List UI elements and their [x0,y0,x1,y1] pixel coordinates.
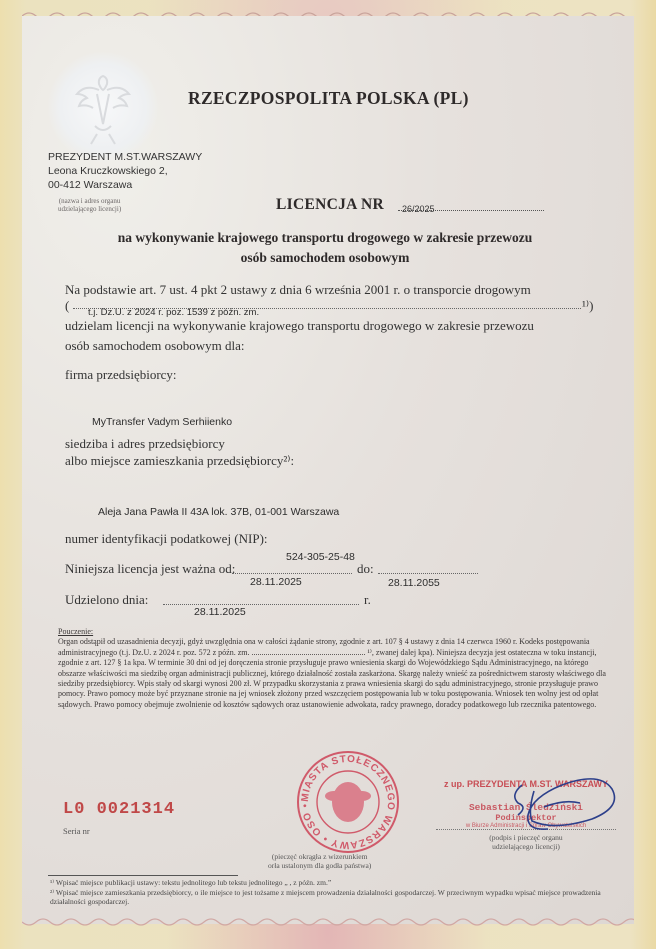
issued-label: Udzielono dnia: [65,592,148,608]
basis-open: ( [65,298,69,314]
grant-line-2: osób samochodem osobowym dla: [65,338,244,354]
valid-to-line [378,573,478,574]
company-label: firma przedsiębiorcy: [65,367,177,383]
footnote-2: ²⁾ Wpisać miejsce zamieszkania przedsięb… [50,888,610,907]
address-value: Aleja Jana Pawła II 43A lok. 37B, 01-001… [98,506,339,518]
authority-name: PREZYDENT M.ST.WARSZAWY [48,150,202,164]
legal-basis: Na podstawie art. 7 ust. 4 pkt 2 ustawy … [65,282,531,298]
valid-label: Niniejsza licencja jest ważna od: [65,561,235,577]
valid-to-label: do: [357,561,374,577]
authority-city: 00-412 Warszawa [48,178,202,192]
serial-caption: Seria nr [63,826,90,836]
country-title: RZECZPOSPOLITA POLSKA (PL) [188,88,469,109]
valid-to-value: 28.11.2055 [388,577,440,589]
address-label-2: albo miejsce zamieszkania przedsiębiorcy… [65,453,294,469]
publication-value: t.j. Dz.U. z 2024 r. poz. 1539 z późn. z… [88,307,259,318]
issued-line [163,604,359,605]
instruction-heading: Pouczenie: [58,627,93,636]
nip-value: 524-305-25-48 [286,551,355,563]
bottom-guilloche-border [22,918,634,928]
form-serial-number: L0 0021314 [63,800,175,819]
licence-number: 26/2025 [402,204,435,214]
white-eagle-emblem-icon [48,52,158,162]
footnote-divider [48,875,238,876]
grant-line-1: udzielam licencji na wykonywanie krajowe… [65,318,534,334]
instruction: Pouczenie: Organ odstąpił od uzasadnieni… [58,627,608,710]
handwritten-signature-icon [494,771,624,846]
address-label-1: siedziba i adres przedsiębiorcy [65,436,225,452]
licence-document: RZECZPOSPOLITA POLSKA (PL) PREZYDENT M.S… [0,0,656,949]
issued-date: 28.11.2025 [194,606,246,618]
basis-close: ¹⁾) [582,298,593,314]
valid-from-value: 28.11.2025 [250,576,302,588]
stamp-caption: (pieczęć okrągła z wizerunkiem orła usta… [268,852,371,870]
authority-caption: (nazwa i adres organu udzielającego lice… [58,197,121,213]
licence-label: LICENCJA NR [276,196,384,214]
company-value: MyTransfer Vadym Serhiienko [92,416,232,428]
issuing-authority: PREZYDENT M.ST.WARSZAWY Leona Kruczkowsk… [48,150,202,192]
valid-from-line [232,573,352,574]
authority-street: Leona Kruczkowskiego 2, [48,164,202,178]
footnote-1: ¹⁾ Wpisać miejsce publikacji ustawy: tek… [50,878,610,888]
issued-suffix: r. [364,592,371,608]
official-round-stamp-icon: MIASTA STOŁECZNEGO WARSZAWY • OSO • [296,750,400,854]
footnotes: ¹⁾ Wpisać miejsce publikacji ustawy: tek… [50,878,610,907]
instruction-text: Organ odstąpił od uzasadnienia decyzji, … [58,637,606,708]
nip-label: numer identyfikacji podatkowej (NIP): [65,531,268,547]
licence-subtitle: na wykonywanie krajowego transportu drog… [60,228,590,268]
